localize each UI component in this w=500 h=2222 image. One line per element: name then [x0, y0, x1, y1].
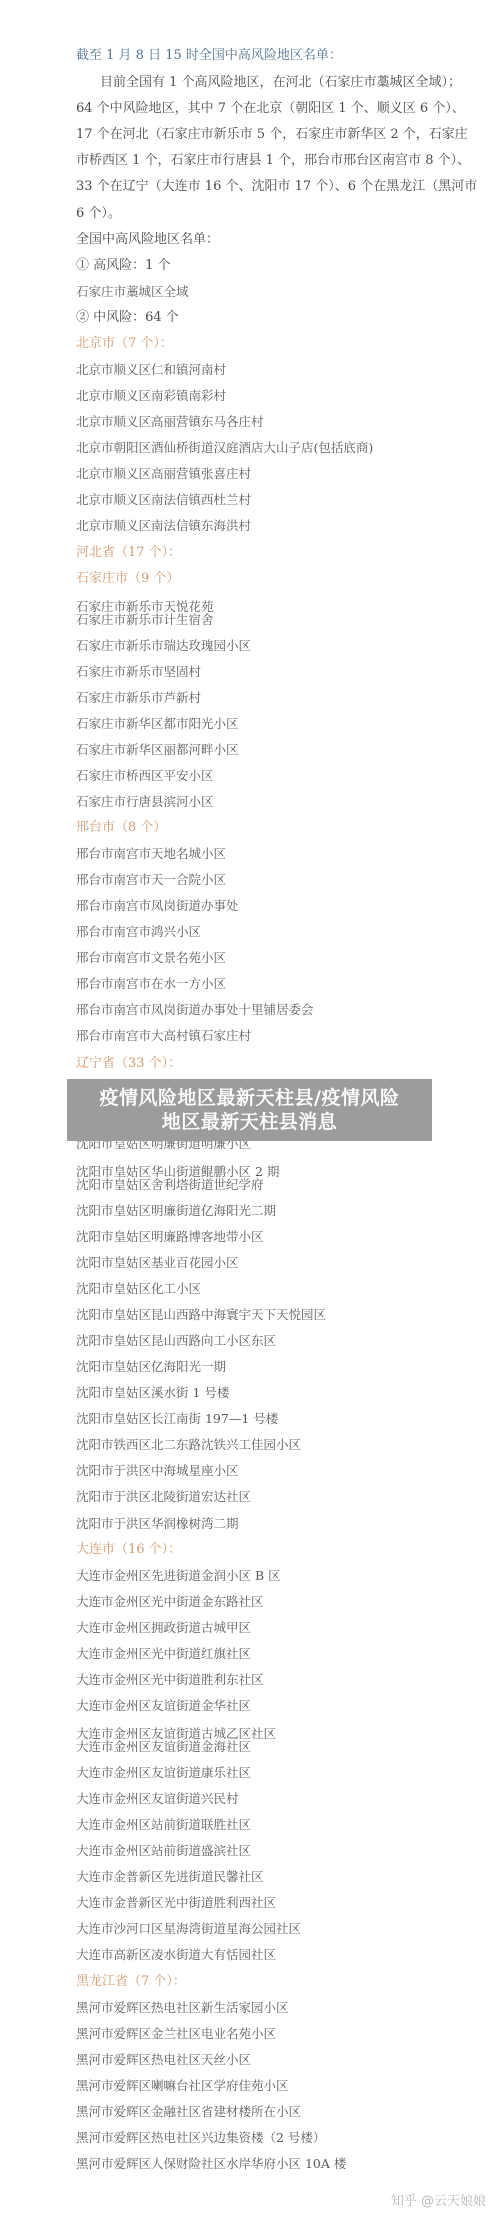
summary-line: 17 个在河北（石家庄市新乐市 5 个，石家庄市新华区 2 个，石家庄 [76, 127, 468, 143]
list-item: 邢台市南宫市大高村镇石家庄村 [76, 1028, 251, 1044]
list-item: 黑河市爱辉区热电社区新生活家园小区 [76, 2000, 289, 2016]
list-item: 沈阳市于洪区华润橡树湾二期 [76, 1516, 239, 1532]
list-item: 北京市朝阳区酒仙桥街道汉庭酒店大山子店(包括底商) [76, 440, 373, 456]
list-item: 石家庄市新华区都市阳光小区 [76, 716, 239, 732]
list-item: 邢台市南宫市在水一方小区 [76, 976, 226, 992]
list-item: 邢台市南宫市天地名城小区 [76, 846, 226, 862]
list-item: 沈阳市皇姑区长江南街 197—1 号楼 [76, 1411, 278, 1427]
document-title: 截至 1 月 8 日 15 时全国中高风险地区名单： [76, 48, 342, 64]
high-risk-label: ① 高风险：1 个 [76, 258, 171, 274]
list-item: 大连市金州区光中街道金东路社区 [76, 1594, 264, 1610]
list-item: 大连市沙河口区星海湾街道星海公园社区 [76, 1921, 301, 1937]
medium-risk-label: ② 中风险：64 个 [76, 310, 179, 326]
list-item: 黑河市爱辉区热电社区天丝小区 [76, 2052, 251, 2068]
list-item: 沈阳市于洪区中海城星座小区 [76, 1463, 239, 1479]
list-title: 全国中高风险地区名单： [76, 232, 219, 248]
list-item: 邢台市南宫市凤岗街道办事处十里铺居委会 [76, 1002, 314, 1018]
list-item: 沈阳市皇姑区明廉路博客地带小区 [76, 1229, 264, 1245]
list-item: 石家庄市新乐市芦新村 [76, 690, 201, 706]
list-item: 邢台市南宫市文景名苑小区 [76, 950, 226, 966]
list-item: 沈阳市皇姑区化工小区 [76, 1281, 201, 1297]
list-item: 北京市顺义区高丽营镇东马各庄村 [76, 414, 264, 430]
list-item: 黑河市爱辉区热电社区兴边集资楼（2 号楼） [76, 2130, 325, 2146]
list-item: 大连市金州区先进街道金润小区 B 区 [76, 1568, 281, 1584]
list-item: 大连市高新区凌水街道大有恬园社区 [76, 1947, 276, 1963]
section-heading-dalian: 大连市（16 个）： [76, 1542, 181, 1558]
list-item: 黑河市爱辉区喇嘛台社区学府佳苑小区 [76, 2078, 289, 2094]
list-item: 沈阳市皇姑区溪水街 1 号楼 [76, 1385, 229, 1401]
section-heading-heilongjiang: 黑龙江省（7 个）： [76, 1974, 186, 1990]
list-item: 邢台市南宫市凤岗街道办事处 [76, 898, 239, 914]
section-heading-hebei: 河北省（17 个）： [76, 545, 181, 561]
list-item: 沈阳市皇姑区明廉街道亿海阳光二期 [76, 1203, 276, 1219]
list-item: 北京市顺义区南法信镇东海洪村 [76, 518, 251, 534]
list-item: 北京市顺义区仁和镇河南村 [76, 362, 226, 378]
list-item: 黑河市爱辉区人保财险社区水岸华府小区 10A 楼 [76, 2156, 346, 2172]
list-item: 大连市金州区光中街道胜利东社区 [76, 1672, 264, 1688]
list-item: 黑河市爱辉区金兰社区电业名苑小区 [76, 2026, 276, 2042]
list-item: 沈阳市皇姑区亿海阳光一期 [76, 1359, 226, 1375]
list-item: 大连市金州区拥政街道古城甲区 [76, 1620, 251, 1636]
list-item: 石家庄市新乐市计生宿舍 [76, 612, 214, 628]
overlay-title-line-1: 疫情风险地区最新天柱县/疫情风险 [100, 1086, 400, 1110]
list-item: 大连市金州区友谊街道金海社区 [76, 1739, 251, 1755]
list-item: 北京市顺义区南法信镇西杜兰村 [76, 492, 251, 508]
list-item: 石家庄市新乐市坚固村 [76, 664, 201, 680]
list-item: 沈阳市皇姑区基业百花园小区 [76, 1255, 239, 1271]
section-heading-xingtai: 邢台市（8 个） [76, 820, 166, 836]
list-item: 大连市金普新区先进街道民馨社区 [76, 1869, 264, 1885]
list-item: 大连市金州区站前街道盛滨社区 [76, 1843, 251, 1859]
overlay-title-line-2: 地区最新天柱县消息 [162, 1110, 338, 1134]
list-item: 石家庄市桥西区平安小区 [76, 768, 214, 784]
summary-line: 33 个在辽宁（大连市 16 个、沈阳市 17 个）、6 个在黑龙江（黑河市 [76, 179, 477, 195]
list-item: 北京市顺义区高丽营镇张喜庄村 [76, 466, 251, 482]
list-item: 石家庄市行唐县滨河小区 [76, 794, 214, 810]
list-item: 北京市顺义区南彩镇南彩村 [76, 388, 226, 404]
list-item: 沈阳市皇姑区昆山西路向工小区东区 [76, 1333, 276, 1349]
list-item: 邢台市南宫市天一合院小区 [76, 872, 226, 888]
list-item: 沈阳市皇姑区昆山西路中海寰宇天下天悦园区 [76, 1307, 326, 1323]
list-item: 大连市金州区友谊街道金华社区 [76, 1698, 251, 1714]
watermark: 知乎 @云天娘娘 [391, 2190, 486, 2209]
list-item: 沈阳市铁西区北二东路沈铁兴工佳园小区 [76, 1437, 301, 1453]
list-item: 黑河市爱辉区金融社区省建材楼所在小区 [76, 2104, 301, 2120]
summary-line: 市桥西区 1 个，石家庄市行唐县 1 个，邢台市邢台区南宫市 8 个）、 [76, 153, 470, 169]
summary-line: 6 个）。 [76, 206, 121, 222]
list-item: 大连市金普新区光中街道胜利西社区 [76, 1895, 276, 1911]
list-item: 大连市金州区友谊街道兴民村 [76, 1791, 239, 1807]
summary-line: 目前全国有 1 个高风险地区，在河北（石家庄市藁城区全域）； [100, 75, 461, 91]
section-heading-liaoning: 辽宁省（33 个）： [76, 1056, 181, 1072]
list-item: 石家庄市新乐市瑞达玫瑰园小区 [76, 638, 251, 654]
list-item: 沈阳市皇姑区舍利塔街道世纪学府 [76, 1177, 264, 1193]
list-item: 沈阳市于洪区北陵街道宏达社区 [76, 1489, 251, 1505]
summary-line: 64 个中风险地区，其中 7 个在北京（朝阳区 1 个、顺义区 6 个）、 [76, 101, 465, 117]
list-item: 大连市金州区友谊街道康乐社区 [76, 1765, 251, 1781]
list-item: 大连市金州区光中街道红旗社区 [76, 1646, 251, 1662]
section-heading-shijiazhuang: 石家庄市（9 个） [76, 571, 179, 587]
list-item: 石家庄市新华区丽都河畔小区 [76, 742, 239, 758]
section-heading-beijing: 北京市（7 个）： [76, 336, 173, 352]
list-item: 大连市金州区站前街道联胜社区 [76, 1817, 251, 1833]
list-item: 石家庄市藁城区全域 [76, 284, 189, 300]
title-overlay-banner: 疫情风险地区最新天柱县/疫情风险 地区最新天柱县消息 [67, 1079, 432, 1141]
list-item: 邢台市南宫市鸿兴小区 [76, 924, 201, 940]
